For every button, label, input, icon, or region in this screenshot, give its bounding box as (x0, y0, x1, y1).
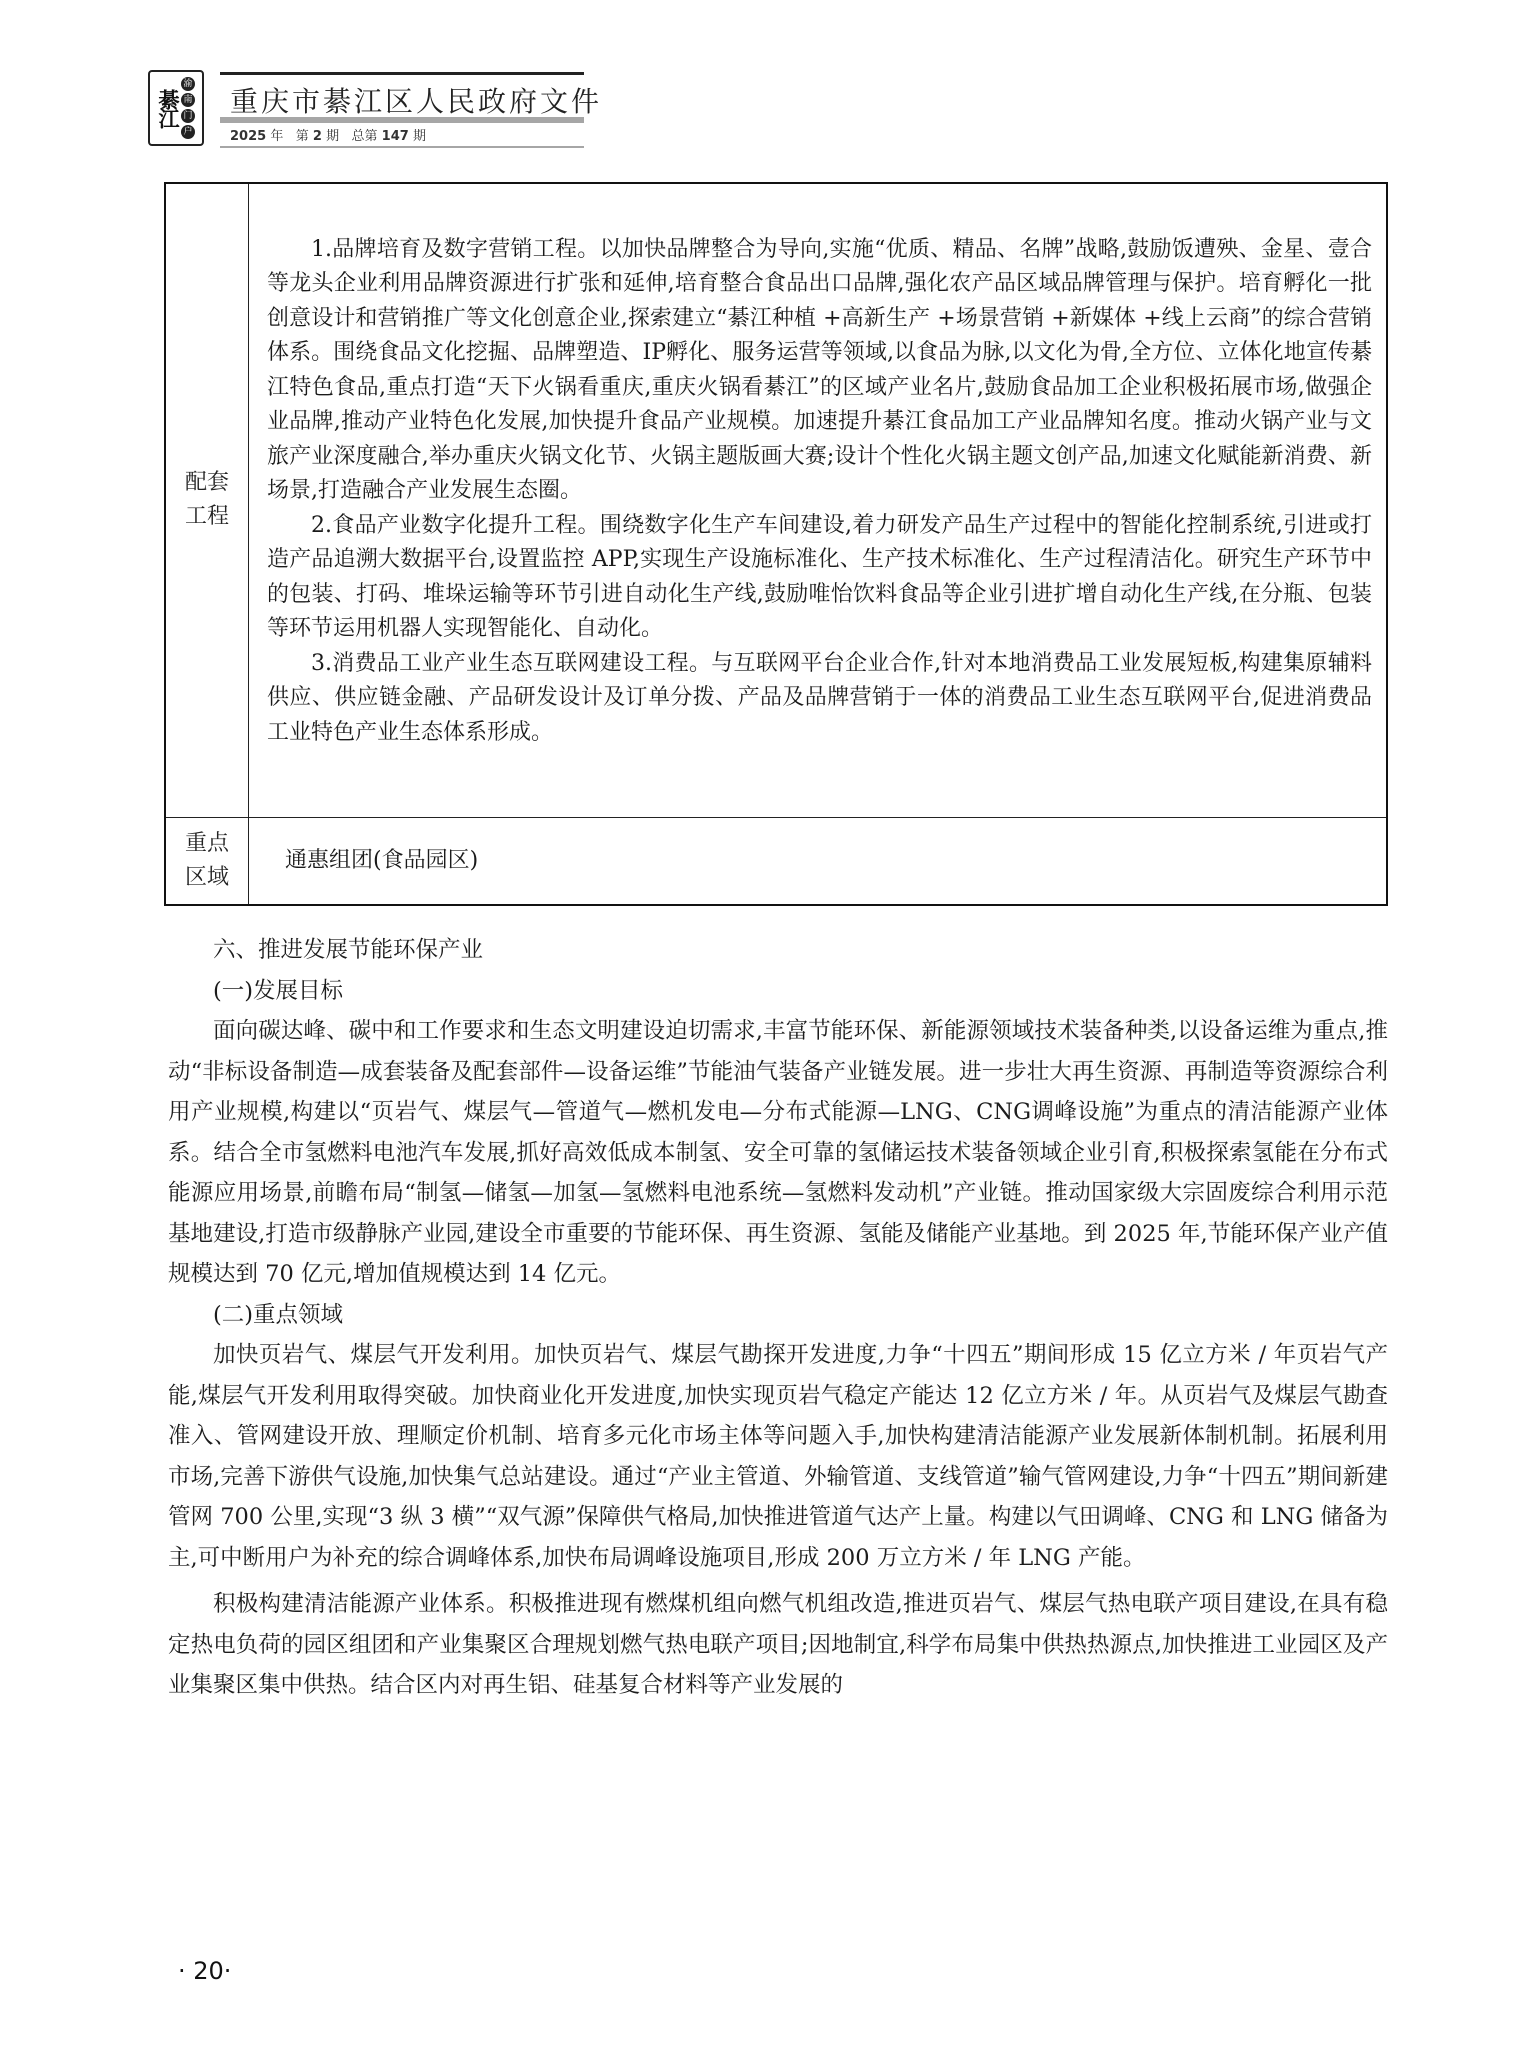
header-rule-bottom (220, 146, 584, 148)
header-rule-top (220, 72, 584, 75)
row-label-key-area: 重点区域 (165, 817, 249, 905)
goals-paragraph: 面向碳达峰、碳中和工作要求和生态文明建设迫切需求,丰富节能环保、新能源领域技术装… (168, 1011, 1388, 1295)
key-fields-paragraph-1: 加快页岩气、煤层气开发利用。加快页岩气、煤层气勘探开发进度,力争“十四五”期间形… (168, 1335, 1388, 1578)
row-label-supporting-projects: 配套工程 (165, 183, 249, 817)
qijiang-logo: 綦江 渝 南 门 户 (148, 70, 204, 146)
issue-total-prefix: 总第 (352, 129, 378, 144)
logo-badge: 户 (181, 125, 195, 139)
masthead: 綦江 渝 南 门 户 重庆市綦江区人民政府文件 2025 年 第 2 期 总第 … (148, 66, 584, 150)
document-body: 六、推进发展节能环保产业 (一)发展目标 面向碳达峰、碳中和工作要求和生态文明建… (168, 930, 1388, 1706)
key-fields-paragraph-2: 积极构建清洁能源产业体系。积极推进现有燃煤机组向燃气机组改造,推进页岩气、煤层气… (168, 1584, 1388, 1706)
project-paragraph-3: 3.消费品工业产业生态互联网建设工程。与互联网平台企业合作,针对本地消费品工业发… (267, 647, 1372, 751)
header-rule-middle (220, 117, 584, 123)
issue-no-prefix: 第 (296, 129, 309, 144)
subsection-heading-key-fields: (二)重点领域 (168, 1295, 1388, 1336)
subsection-heading-goals: (一)发展目标 (168, 971, 1388, 1012)
issue-total: 147 (382, 129, 409, 144)
logo-badge: 南 (181, 93, 195, 107)
logo-badge: 渝 (181, 77, 195, 91)
project-table: 配套工程 1.品牌培育及数字营销工程。以加快品牌整合为导向,实施“优质、精品、名… (164, 182, 1388, 906)
key-area-value: 通惠组团(食品园区) (249, 817, 1388, 905)
supporting-projects-content: 1.品牌培育及数字营销工程。以加快品牌整合为导向,实施“优质、精品、名牌”战略,… (249, 183, 1388, 817)
issue-year-unit: 年 (270, 129, 283, 144)
project-paragraph-2: 2.食品产业数字化提升工程。围绕数字化生产车间建设,着力研发产品生产过程中的智能… (267, 509, 1372, 647)
table-row: 配套工程 1.品牌培育及数字营销工程。以加快品牌整合为导向,实施“优质、精品、名… (165, 183, 1387, 817)
table-row: 重点区域 通惠组团(食品园区) (165, 817, 1387, 905)
issue-year: 2025 (230, 129, 266, 144)
issue-number: 2 (313, 129, 322, 144)
publication-title: 重庆市綦江区人民政府文件 (230, 80, 602, 120)
section-heading: 六、推进发展节能环保产业 (168, 930, 1388, 971)
logo-badge: 门 (181, 109, 195, 123)
issue-info: 2025 年 第 2 期 总第 147 期 (230, 125, 426, 144)
logo-main-text: 綦江 (157, 89, 179, 127)
page-number: · 20· (178, 1957, 231, 1985)
issue-no-suffix: 期 (326, 129, 339, 144)
project-paragraph-1: 1.品牌培育及数字营销工程。以加快品牌整合为导向,实施“优质、精品、名牌”战略,… (267, 233, 1372, 509)
issue-total-suffix: 期 (413, 129, 426, 144)
logo-side-badges: 渝 南 门 户 (181, 77, 195, 139)
